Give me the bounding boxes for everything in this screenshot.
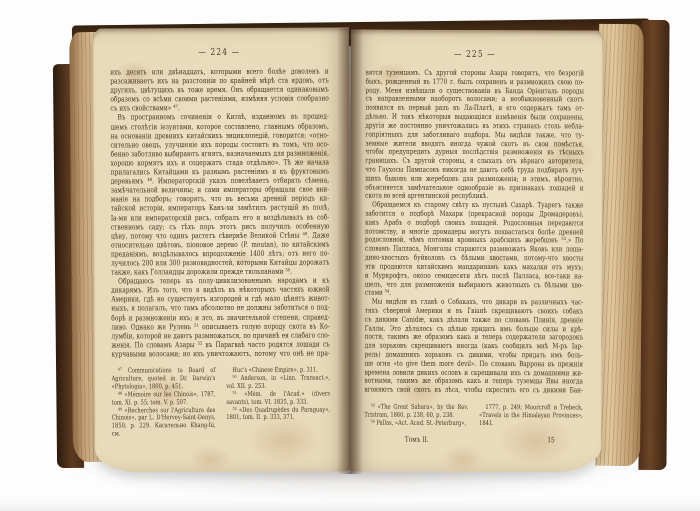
book-gutter-shadow <box>337 28 363 474</box>
left-page: — 224 — ихъ десять или двѣнадцать, котор… <box>93 27 351 472</box>
text-line: вгоняютъ свой скотъ въ лѣса, чтобы скрес… <box>364 386 582 396</box>
text-line: тайской исторіи, императоръ Канъ-хи замѣ… <box>111 203 329 213</box>
footnote: ⁵² «Des Quadrupèdes du Paraguay», 1801, … <box>226 406 330 422</box>
text-line: Въ пространномъ сочиненіи о Китаѣ, издан… <box>110 112 328 122</box>
footnotes-column-2: 1777, p. 249; Moorcroft и Trebeck, «Trav… <box>479 404 583 428</box>
right-page: — 225 — вятся туземцамъ. Съ другой сторо… <box>349 30 603 473</box>
text-line: шемъ столѣтіи іезуитами, которое составл… <box>110 121 328 131</box>
footnote: ⁵³ «The Great Sahara», by the Rev. Trist… <box>364 404 468 420</box>
right-page-text: вятся туземцамъ. Съ другой стороны Азара… <box>364 69 584 396</box>
text-line: борѣ и размноженіи ихъ; и это, въ значит… <box>111 312 329 322</box>
photo-edge-shadow <box>0 499 700 511</box>
right-page-content: — 225 — вятся туземцамъ. Съ другой сторо… <box>364 41 584 445</box>
footnote: ⁵¹ «Mém. de l'Acad.» (divers savants), t… <box>226 390 330 406</box>
left-page-content: — 224 — ихъ десять или двѣнадцать, котор… <box>110 39 330 439</box>
footnote: ⁴⁷ Communications to Board of Agricultur… <box>112 367 216 391</box>
book-photo: — 224 — ихъ десять или двѣнадцать, котор… <box>0 0 700 511</box>
text-line: лучилось 200 или 300 разновидностей, кот… <box>111 258 329 268</box>
sheet-signature: 15 <box>547 435 554 444</box>
text-line: Iа-ми или императорскій рисъ, собралъ ег… <box>111 212 329 222</box>
left-page-footnotes: ⁴⁷ Communications to Board of Agricultur… <box>112 367 331 439</box>
volume-mark: Томъ II. <box>405 435 429 444</box>
footnotes-column-1: ⁵³ «The Great Sahara», by the Rev. Trist… <box>364 404 468 428</box>
text-line: образомъ со всѣми своими растеніями, изм… <box>110 94 328 104</box>
footnote: ⁵⁴ Pallas, «Act. Acad. St.-Peterburg», <box>364 419 468 427</box>
footnotes-column-1: ⁴⁷ Communications to Board of Agricultur… <box>112 367 216 439</box>
left-page-text: ихъ десять или двѣнадцать, которыми всег… <box>110 67 330 359</box>
right-page-number: — 225 — <box>366 49 584 61</box>
signature-row: Томъ II. 15 <box>405 435 555 445</box>
text-line: шелъ, что для размноженія выбираютъ живо… <box>365 280 583 290</box>
footnote: 1777, p. 249; Moorcroft и Trebeck, «Trav… <box>479 404 583 428</box>
right-page-footnotes: ⁵³ «The Great Sahara», by the Rev. Trist… <box>364 404 582 428</box>
footnote: ⁴⁸ «Mémoire sur les Chinois», 1787, tom.… <box>112 391 216 407</box>
text-line: курчавыми волосами; но ихъ уничтожаютъ, … <box>111 348 329 358</box>
footnotes-column-2: Huc's «Chinese Empire», p. 311.⁵⁰ Anders… <box>226 367 330 439</box>
text-line: ныхъ, я полагалъ, что тамъ абсолютно не … <box>111 303 329 313</box>
footnote: ⁵⁰ Anderson, in «Linn. Transact.», vol. … <box>226 374 330 390</box>
footnote: ⁴⁹ «Recherches sur l'Agriculture des Chi… <box>112 407 216 439</box>
left-page-number: — 224 — <box>110 47 328 59</box>
